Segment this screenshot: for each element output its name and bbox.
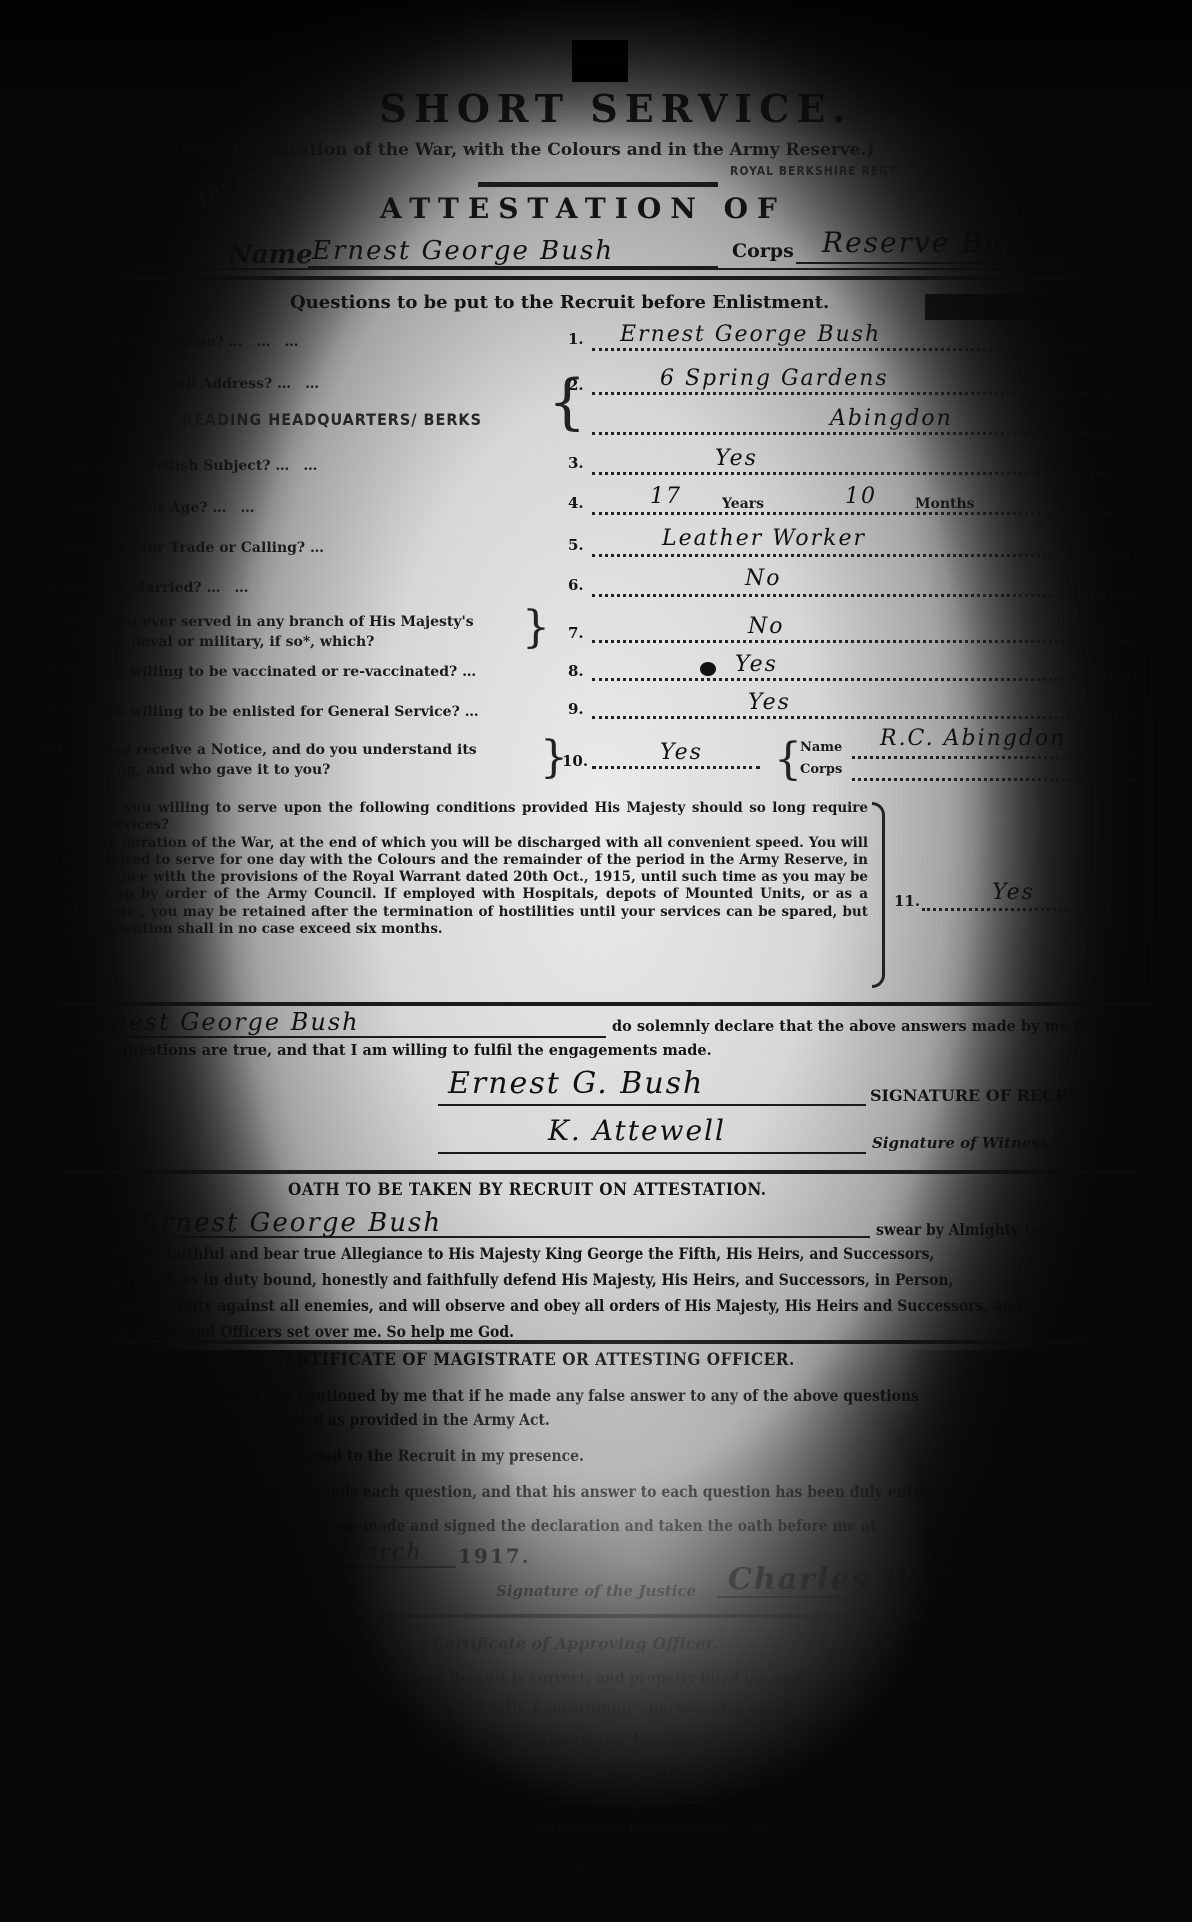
answer-6-line [592,594,1137,597]
corner-box: 9 R [1022,100,1145,225]
answer-2-number: 2. [568,376,584,394]
header-rule-1 [90,268,1150,270]
name-label: Name [228,240,313,270]
ink-blot [700,662,716,676]
notice-corps-line [852,778,1137,781]
declaration-text-1: do solemnly declare that the above answe… [612,1018,1122,1035]
form-title: SHORT SERVICE. [0,86,1192,131]
justice-label: Signature of the Justice [496,1582,696,1600]
answer-10-line [592,766,760,769]
certificate-bottom-rule [380,1614,1000,1618]
question-8: 8. Are you willing to be vaccinated or r… [46,664,476,680]
declaration-bottom-rule [60,1170,1152,1174]
form-subtitle: (For the Duration of the War, with the C… [180,140,874,160]
question-1: 1. What is your Name? ……… [46,334,312,350]
approving-line-2: that the required forms appear to have b… [60,1698,903,1717]
answer-11-value[interactable]: Yes [992,880,1035,905]
answer-3-number: 3. [568,454,584,472]
question-11: 11. Are you willing to serve upon the fo… [62,800,868,938]
answer-7-line [592,640,1137,643]
oath-bottom-rule [60,1340,1152,1344]
corps-underline [796,262,1146,264]
question-5: 5. What is your Trade or Calling? … [46,540,338,556]
oath-name[interactable]: Ernest George Bush [140,1208,442,1238]
approving-heading: † Certificate of Approving Officer. [418,1634,718,1653]
brace-7: } [522,606,550,650]
answer-1-value[interactable]: Ernest George Bush [620,322,881,347]
answer-8-number: 8. [568,662,584,680]
months-label: Months [915,496,975,512]
date-underline [300,1566,456,1568]
corps-value[interactable]: Reserve Bn. [822,226,1015,259]
answer-2-line-b [592,432,1137,435]
answer-2-line-a [592,392,1137,395]
oath-line-3: and that I will, as in duty bound, hones… [62,1270,953,1289]
answer-7-value[interactable]: No [748,614,785,639]
question-2: 2. What is your full Address? …… [46,376,333,392]
recruit-signature-line [438,1104,866,1106]
answer-5-value[interactable]: Leather Worker [662,526,866,551]
answer-3-line [592,472,1137,475]
questions-bottom-rule [60,1002,1152,1006]
header-rule-2 [90,276,1150,280]
oath-line-4: Crown, and Dignity against all enemies, … [62,1296,1022,1315]
officer-signature[interactable]: J.W.M. [600,1750,753,1797]
answer-6-value[interactable]: No [745,566,782,591]
officer-title-line [540,1846,900,1848]
address-stamp: READING HEADQUARTERS/ BERKS [182,410,482,429]
attestation-heading: ATTESTATION OF [380,192,786,225]
answer-4-number: 4. [568,494,584,512]
redacted-stamp [925,294,1155,320]
question-11-conditions: For the duration of the War, at the end … [62,835,868,937]
witness-signature[interactable]: K. Attewell [548,1114,726,1147]
certificate-year: 1917. [458,1544,531,1568]
certificate-place[interactable]: Abingdon [976,1502,1099,1527]
answer-8-value[interactable]: Yes [735,652,778,677]
answer-4-years[interactable]: 17 [650,484,682,509]
answer-4-months[interactable]: 10 [845,484,877,509]
question-9: 9. Are you willing to be enlisted for Ge… [46,704,479,720]
approving-footnote: The signature of the Approving Officer i… [540,1862,900,1884]
certificate-line-4: I have taken care that he understands ea… [60,1482,948,1501]
answer-6-number: 6. [568,576,584,594]
answer-4-line [592,512,1137,515]
officer-title: COMMANDING BERKSHIRE RECRUITING AREA [540,1822,809,1835]
notice-name-label: Name [800,740,842,755]
answer-5-line [592,554,1137,557]
oath-heading: OATH TO BE TAKEN BY RECRUIT ON ATTESTATI… [288,1180,767,1200]
years-label: Years [722,496,764,512]
name-value[interactable]: Ernest George Bush [312,236,614,266]
notice-name-value[interactable]: R.C. Abingdon [880,726,1066,751]
declaration-name[interactable]: Ernest George Bush [78,1008,360,1036]
witness-signature-label: Signature of Witness. [872,1134,1054,1152]
heading-rule [478,182,718,187]
answer-8-line [592,678,1137,681]
answer-9-value[interactable]: Yes [748,690,791,715]
answer-2-value-line2[interactable]: Abingdon [830,406,953,431]
question-10: 10. Did you receive a Notice, and do you… [42,740,477,780]
certificate-line-1: The Recruit above named was cautioned by… [60,1386,919,1405]
notice-corps-label: Corps [800,762,842,777]
scanned-page: SHORT SERVICE. (For the Duration of the … [0,0,1192,1922]
certificate-heading: CERTIFICATE OF MAGISTRATE OR ATTESTING O… [272,1350,795,1370]
answer-11-line [922,908,1122,911]
recruit-signature-label: SIGNATURE OF RECRUIT. [870,1086,1105,1105]
justice-signature-line [718,1596,1018,1598]
question-6: 6. Are you Married? …… [46,580,262,596]
officer-signature-line [540,1802,900,1804]
answer-9-number: 9. [568,700,584,718]
regiment-stamp: ROYAL BERKSHIRE REGT. [730,164,900,178]
answer-7-number: 7. [568,624,584,642]
approving-line-1: I certify that this Attestation of the a… [60,1668,803,1687]
declaration-text-2: above questions are true, and that I am … [66,1042,712,1059]
certificate-line-5: as replied to, and the said Recruit has … [60,1516,877,1535]
question-4: 4. What is your Age? …… [46,500,268,516]
form-number: 18517 [194,168,264,213]
questions-heading: Questions to be put to the Recruit befor… [290,292,829,313]
corps-label: Corps [732,240,794,262]
certificate-date-month[interactable]: March [340,1540,423,1565]
form-right-border [1150,296,1153,1006]
answer-5-number: 5. [568,536,584,554]
notice-name-line [852,756,1137,759]
answer-3-value[interactable]: Yes [715,446,758,471]
answer-1-number: 1. [568,330,584,348]
declaration-prefix: I, [58,1018,70,1036]
answer-11-number: 11. [894,892,920,910]
answer-9-line [592,716,1137,719]
oath-name-underline [140,1236,870,1238]
oath-line-5: of the Generals and Officers set over me… [62,1322,514,1341]
oath-line-2: that I will be faithful and bear true Al… [62,1244,934,1263]
recruit-signature[interactable]: Ernest G. Bush [448,1066,704,1101]
declaration-name-underline [76,1036,606,1038]
approving-appointed-to[interactable]: Reserve [888,1688,992,1713]
certificate-line-3: The above questions were then read to th… [60,1446,584,1465]
answer-10-value[interactable]: Yes [660,740,703,765]
witness-signature-line [438,1152,866,1154]
brace-notice: { [774,738,802,782]
justice-signature[interactable]: Charles W. Rum [728,1562,1023,1597]
binding-mark [572,40,628,82]
answer-2-value[interactable]: 6 Spring Gardens [660,366,889,391]
brace-11 [872,802,885,988]
oath-line-1: swear by Almighty God, [876,1220,1060,1239]
corner-box-text: 9 R [1047,158,1091,183]
answer-1-line [592,348,1137,351]
question-7: 7. Have you ever served in any branch of… [46,612,474,652]
question-3: 3. Are you a British Subject? …… [46,458,331,474]
approving-line-3: If enlisted by special authority, Army F… [60,1730,889,1749]
certificate-line-2: he would be liable to be punished as pro… [60,1410,550,1429]
answer-10-number: 10. [562,752,588,770]
